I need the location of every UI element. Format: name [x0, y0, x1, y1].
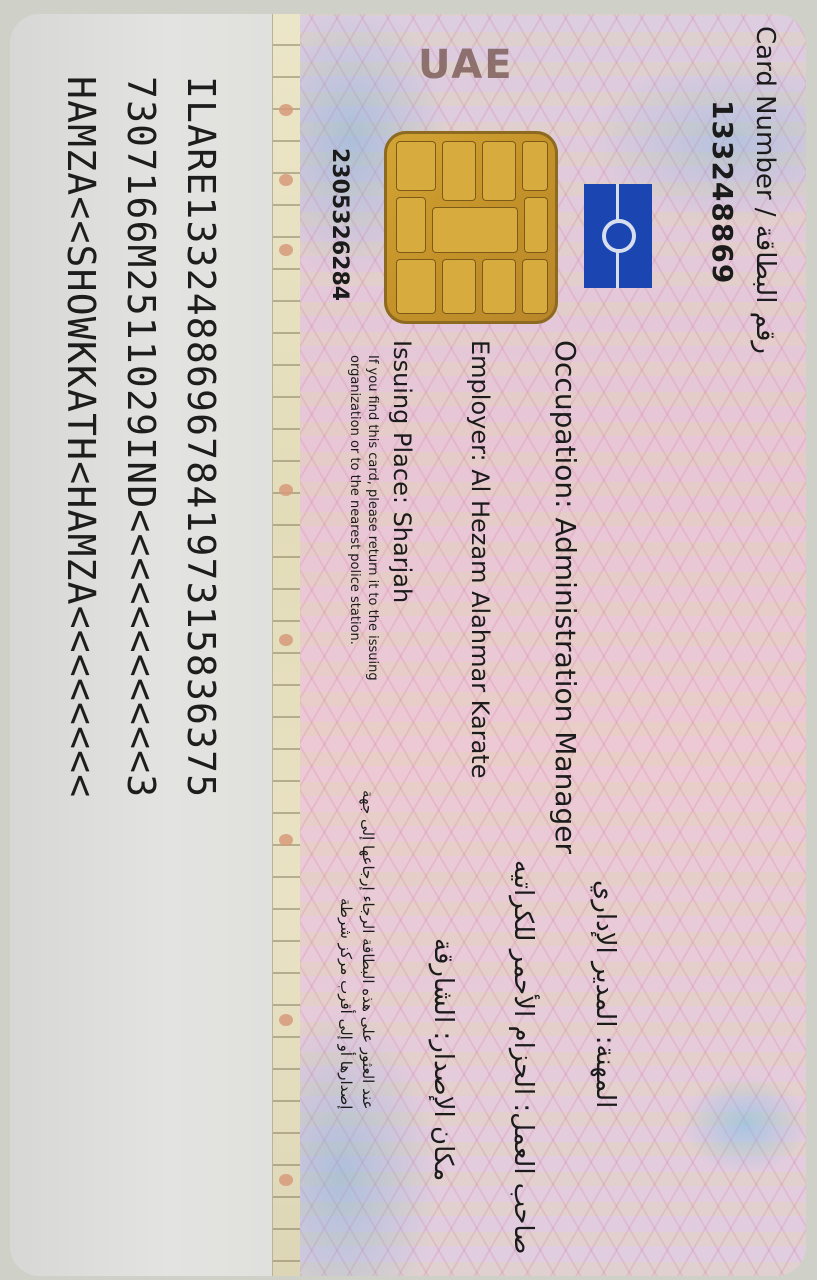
lost-card-notice: If you find this card, please return it … [345, 355, 381, 681]
mrz-line-3: HAMZA<<SHOWKKATH<HAMZA<<<<<<<< [62, 76, 100, 798]
employer-field-arabic: صاحب العمل: الحزام الأحمر للكراتيه [510, 860, 536, 1254]
card-number-label: Card Number / رقم البطاقة [752, 26, 778, 354]
card-number-value: 133248869 [708, 100, 736, 284]
hologram-dot [279, 104, 293, 116]
hologram-dot [279, 244, 293, 256]
issuing-place-field: Issuing Place: Sharjah [390, 340, 414, 603]
lost-card-notice-arabic: عند العثور على هذه البطاقة الرجاء إرجاعه… [335, 790, 379, 1109]
issuing-place-field-arabic: مكان الإصدار: الشارقة [430, 938, 456, 1181]
hologram-dot [279, 634, 293, 646]
smart-card-chip-icon [384, 131, 558, 324]
mrz-line-2: 7307166M2511029IND<<<<<<<<<<<3 [122, 76, 160, 798]
hologram-dot [279, 1014, 293, 1026]
hologram-dot [279, 834, 293, 846]
hologram-dot [279, 484, 293, 496]
mrz-zone: ILARE1332488696784197315836375 7307166M2… [10, 14, 275, 1276]
country-code: UAE [418, 42, 514, 88]
holographic-strip [272, 14, 301, 1276]
mrz-line-1: ILARE1332488696784197315836375 [182, 76, 220, 798]
card-logo-icon [584, 184, 652, 288]
employer-field: Employer: Al Hezam Alahmar Karate [468, 340, 492, 778]
hologram-dot [279, 1174, 293, 1186]
hologram-dot [279, 174, 293, 186]
occupation-field-arabic: المهنة: المدير الإداري [592, 880, 618, 1108]
card-serial-number: 2305326284 [328, 148, 350, 301]
occupation-field: Occupation: Administration Manager [551, 340, 579, 854]
